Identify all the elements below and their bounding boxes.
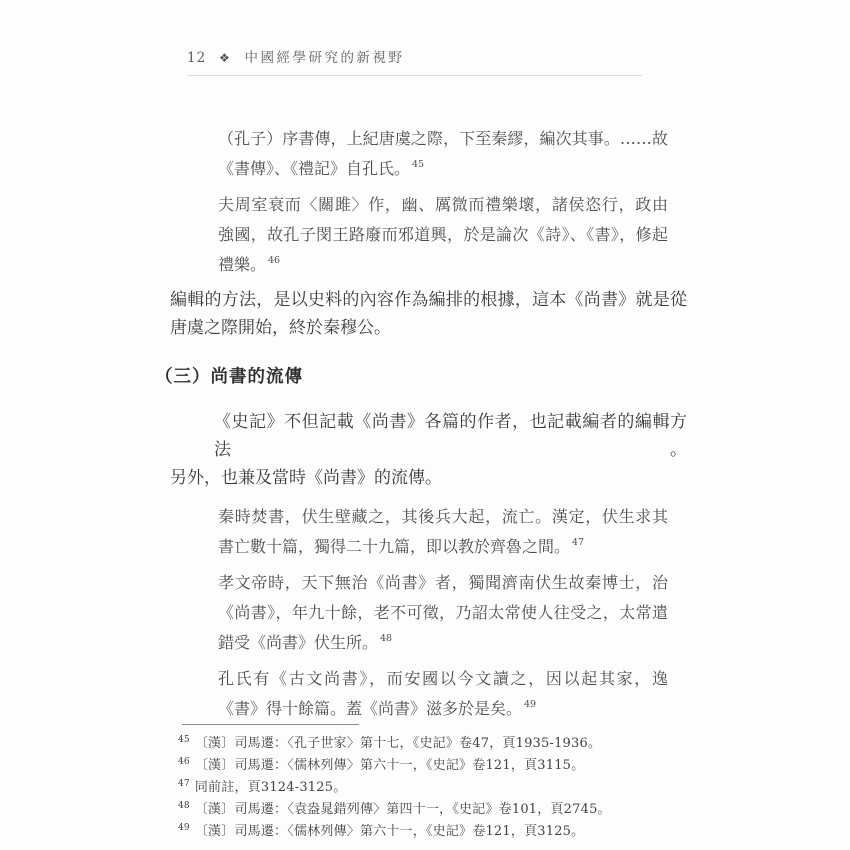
quote-line: 夫周室衰而〈關雎〉作，幽、厲微而禮樂壞，諸侯恣行，政由 [218,190,668,220]
quote-text: 書亡數十篇，獨得二十九篇，即以教於齊魯之間。 [218,537,570,556]
quote-line: 強國，故孔子閔王路廢而邪道興，於是論次《詩》、《書》，修起 [218,220,668,250]
footnote-divider [182,724,359,725]
footnote-number: 49 [178,823,190,833]
body-paragraph-1: 編輯的方法，是以史料的內容作為編排的根據，這本《尚書》就是從 唐虞之際開始，終於… [170,286,687,342]
footnote-ref-45: 45 [412,159,424,170]
book-page: 12 ❖ 中國經學研究的新視野 （孔子）序書傳，上紀唐虞之際，下至秦繆，編次其事… [0,0,850,850]
block-quote-1: （孔子）序書傳，上紀唐虞之際，下至秦繆，編次其事。……故 《書傳》、《禮記》自孔… [218,124,668,184]
quote-line: 《書傳》、《禮記》自孔氏。45 [218,154,668,184]
footnote-ref-48: 48 [380,633,392,644]
footnote-number: 46 [178,757,190,767]
body-paragraph-2: 《史記》不但記載《尚書》各篇的作者，也記載編者的編輯方法。 另外，也兼及當時《尚… [170,408,687,492]
footnote-number: 47 [178,779,190,789]
quote-line: 錯受《尚書》伏生所。48 [218,628,668,658]
footnote-number: 48 [178,801,190,811]
page-content: （孔子）序書傳，上紀唐虞之際，下至秦繆，編次其事。……故 《書傳》、《禮記》自孔… [0,124,850,843]
footnote-ref-49: 49 [524,699,536,710]
quote-text: 《書》得十餘篇。蓋《尚書》滋多於是矣。 [218,699,522,718]
footnote-text: 〔漢〕司馬遷：〈儒林列傳〉第六十一，《史記》卷121，頁3125。 [195,824,585,839]
block-quote-4: 孝文帝時，天下無治《尚書》者，獨聞濟南伏生故秦博士，治 《尚書》，年九十餘，老不… [218,568,668,658]
quote-line: 孝文帝時，天下無治《尚書》者，獨聞濟南伏生故秦博士，治 [218,568,668,598]
footnote-text: 〔漢〕司馬遷：〈孔子世家〉第十七，《史記》卷47，頁1935-1936。 [195,736,601,751]
quote-line: 秦時焚書，伏生壁藏之，其後兵大起，流亡。漢定，伏生求其 [218,502,668,532]
quote-line: 《尚書》，年九十餘，老不可徵，乃詔太常使人往受之，太常遣 [218,598,668,628]
footnote-ref-47: 47 [572,537,584,548]
paragraph-line: 《史記》不但記載《尚書》各篇的作者，也記載編者的編輯方法。 [170,408,687,464]
footnote-47: 47同前註，頁3124-3125。 [178,777,618,799]
paragraph-line: 唐虞之際開始，終於秦穆公。 [170,314,687,342]
quote-text: 禮樂。 [218,255,266,274]
paragraph-line: 編輯的方法，是以史料的內容作為編排的根據，這本《尚書》就是從 [170,286,687,314]
quote-line: 《書》得十餘篇。蓋《尚書》滋多於是矣。49 [218,694,668,724]
quote-line: 孔氏有《古文尚書》，而安國以今文讀之，因以起其家，逸 [218,664,668,694]
footnote-text: 〔漢〕司馬遷：〈儒林列傳〉第六十一，《史記》卷121，頁3115。 [195,758,585,773]
block-quote-3: 秦時焚書，伏生壁藏之，其後兵大起，流亡。漢定，伏生求其 書亡數十篇，獨得二十九篇… [218,502,668,562]
footnote-49: 49〔漢〕司馬遷：〈儒林列傳〉第六十一，《史記》卷121，頁3125。 [178,821,618,843]
footnote-text: 同前註，頁3124-3125。 [195,780,347,795]
quote-text: 《書傳》、《禮記》自孔氏。 [218,159,410,178]
footnote-46: 46〔漢〕司馬遷：〈儒林列傳〉第六十一，《史記》卷121，頁3115。 [178,755,618,777]
footnote-ref-46: 46 [268,255,280,266]
quote-line: 書亡數十篇，獨得二十九篇，即以教於齊魯之間。47 [218,532,668,562]
page-number: 12 [187,50,206,66]
footnotes-block: 45〔漢〕司馬遷：〈孔子世家〉第十七，《史記》卷47，頁1935-1936。 4… [178,733,618,843]
footnote-45: 45〔漢〕司馬遷：〈孔子世家〉第十七，《史記》卷47，頁1935-1936。 [178,733,618,755]
book-title: 中國經學研究的新視野 [245,50,405,66]
paragraph-line: 另外，也兼及當時《尚書》的流傳。 [170,464,687,492]
running-header: 12 ❖ 中國經學研究的新視野 [187,46,642,76]
quote-text: 錯受《尚書》伏生所。 [218,633,378,652]
footnote-number: 45 [178,735,190,745]
footnote-text: 〔漢〕司馬遷：〈袁盎晁錯列傳〉第四十一，《史記》卷101，頁2745。 [195,802,611,817]
diamond-ornament-icon: ❖ [219,51,230,65]
quote-line: （孔子）序書傳，上紀唐虞之際，下至秦繆，編次其事。……故 [218,124,668,154]
footnote-48: 48〔漢〕司馬遷：〈袁盎晁錯列傳〉第四十一，《史記》卷101，頁2745。 [178,799,618,821]
block-quote-5: 孔氏有《古文尚書》，而安國以今文讀之，因以起其家，逸 《書》得十餘篇。蓋《尚書》… [218,664,668,724]
section-heading: （三）尚書的流傳 [155,366,850,388]
block-quote-2: 夫周室衰而〈關雎〉作，幽、厲微而禮樂壞，諸侯恣行，政由 強國，故孔子閔王路廢而邪… [218,190,668,280]
quote-line: 禮樂。46 [218,250,668,280]
